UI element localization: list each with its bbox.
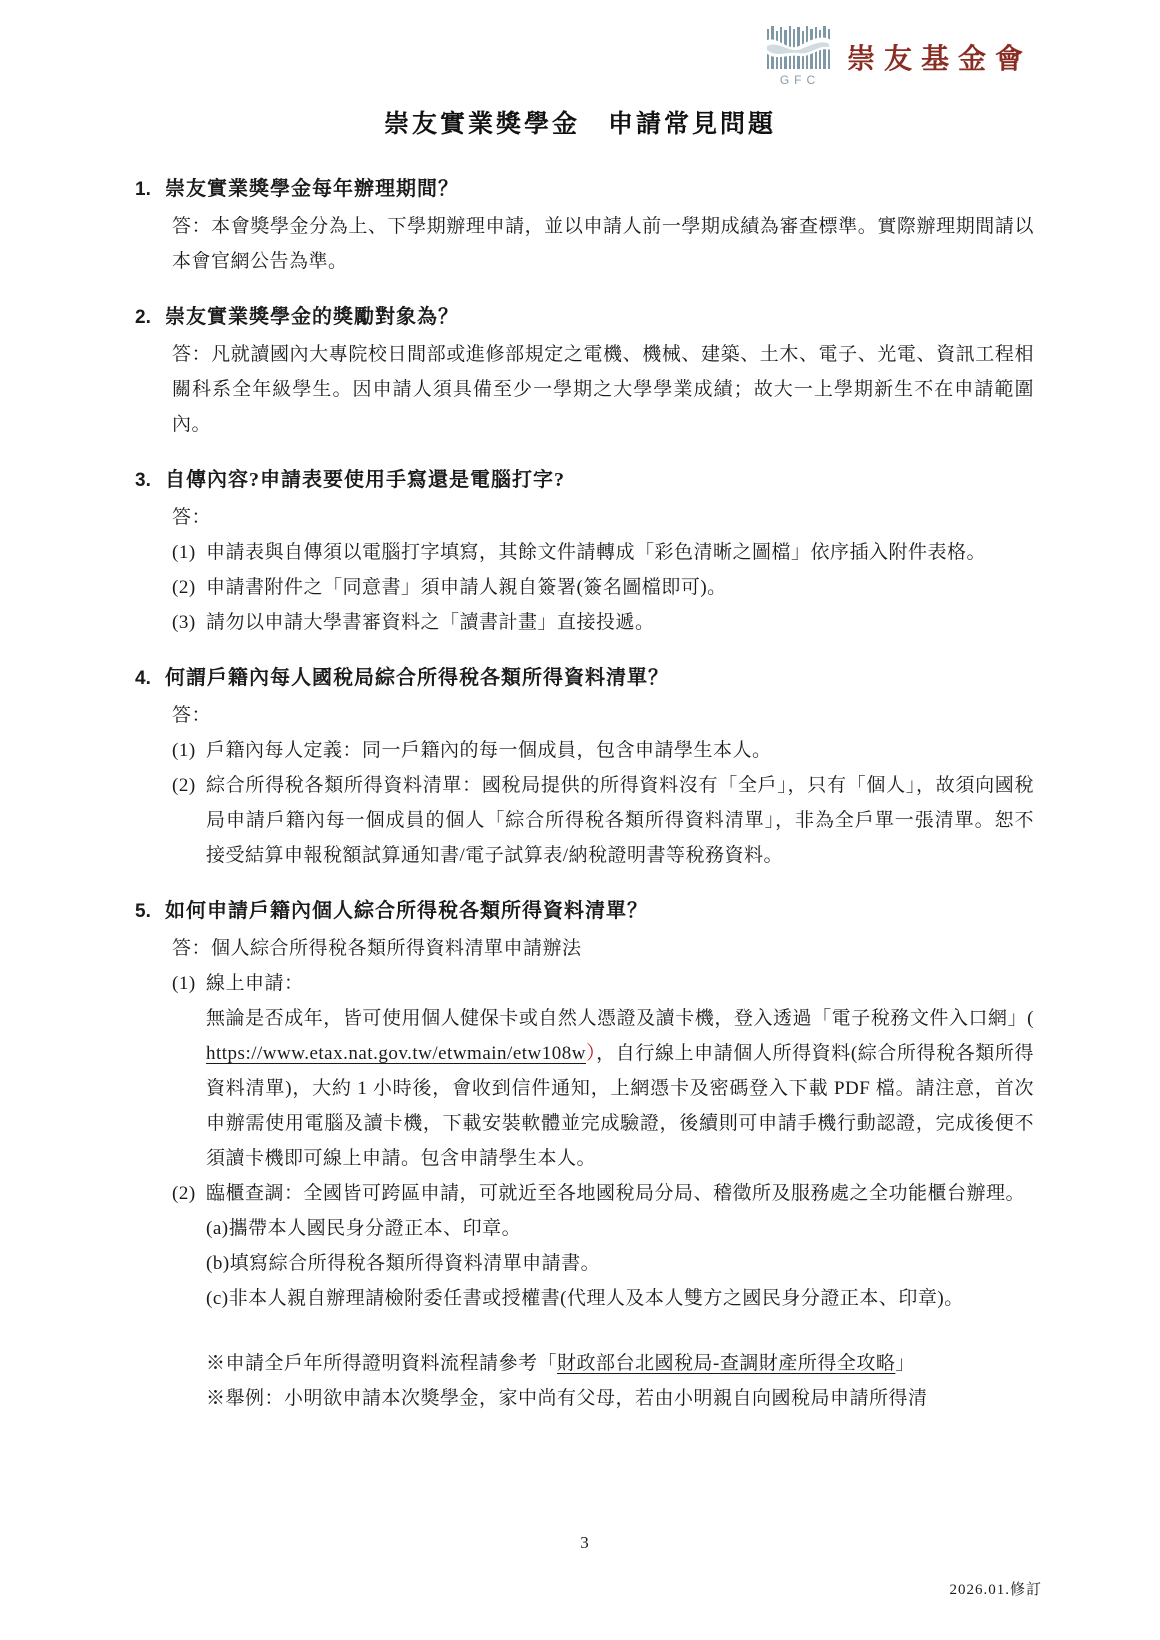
text-run: 線上申請： bbox=[206, 973, 304, 994]
question-text: 自傳內容?申請表要使用手寫還是電腦打字? bbox=[165, 465, 565, 495]
faq-section-1: 1.崇友實業獎學金每年辦理期間？答：本會獎學金分為上、下學期辦理申請，並以申請人… bbox=[135, 174, 1034, 279]
question-text: 何謂戶籍內每人國稅局綜合所得稅各類所得資料清單？ bbox=[165, 663, 669, 693]
text-run: 答：本會獎學金分為上、下學期辦理申請，並以申請人前一學期成績為審查標準。實際辦理… bbox=[172, 216, 1034, 272]
list-item: (1)戶籍內每人定義：同一戶籍內的每一個成員，包含申請學生本人。 bbox=[172, 733, 1034, 768]
list-item: (1)線上申請： bbox=[172, 966, 1034, 1001]
item-marker: (1) bbox=[172, 966, 206, 1001]
item-marker: (3) bbox=[172, 605, 206, 640]
list-item: (1)申請表與自傳須以電腦打字填寫，其餘文件請轉成「彩色清晰之圖檔」依序插入附件… bbox=[172, 535, 1034, 570]
text-run: 臨櫃查調：全國皆可跨區申請，可就近至各地國稅局分局、稽徵所及服務處之全功能櫃台辦… bbox=[206, 1183, 1025, 1204]
question-number: 3. bbox=[135, 470, 165, 492]
guide-reference-link[interactable]: 財政部台北國稅局-查調財產所得全攻略 bbox=[557, 1353, 895, 1374]
answer-paragraph: 答： bbox=[172, 500, 1034, 535]
text-run: 戶籍內每人定義：同一戶籍內的每一個成員，包含申請學生本人。 bbox=[206, 740, 772, 761]
text-run: 申請書附件之「同意書」須申請人親自簽署(簽名圖檔即可)。 bbox=[206, 577, 727, 598]
item-marker: (2) bbox=[172, 570, 206, 605]
question-text: 崇友實業獎學金每年辦理期間？ bbox=[165, 174, 459, 204]
gfc-barcode-icon bbox=[765, 26, 831, 72]
text-run: ※申請全戶年所得證明資料流程請參考「 bbox=[206, 1353, 557, 1374]
text-run: (a)攜帶本人國民身分證正本、印章。 bbox=[206, 1218, 521, 1239]
answer-paragraph: 答： bbox=[172, 698, 1034, 733]
item-text: 綜合所得稅各類所得資料清單：國稅局提供的所得資料沒有「全戶」，只有「個人」，故須… bbox=[206, 768, 1034, 873]
continuation-paragraph: (c)非本人親自辦理請檢附委任書或授權書(代理人及本人雙方之國民身分證正本、印章… bbox=[206, 1281, 1034, 1316]
answer-paragraph: 答：凡就讀國內大專院校日間部或進修部規定之電機、機械、建築、土木、電子、光電、資… bbox=[172, 337, 1034, 442]
spacer bbox=[172, 1316, 1034, 1346]
item-marker: (1) bbox=[172, 733, 206, 768]
text-run: 綜合所得稅各類所得資料清單：國稅局提供的所得資料沒有「全戶」，只有「個人」，故須… bbox=[206, 775, 1034, 866]
item-text: 臨櫃查調：全國皆可跨區申請，可就近至各地國稅局分局、稽徵所及服務處之全功能櫃台辦… bbox=[206, 1176, 1034, 1211]
answer-paragraph: 答：本會獎學金分為上、下學期辦理申請，並以申請人前一學期成績為審查標準。實際辦理… bbox=[172, 209, 1034, 279]
page-number: 3 bbox=[135, 1533, 1034, 1553]
text-run: (c)非本人親自辦理請檢附委任書或授權書(代理人及本人雙方之國民身分證正本、印章… bbox=[206, 1288, 964, 1309]
answer-body: 答：(1)申請表與自傳須以電腦打字填寫，其餘文件請轉成「彩色清晰之圖檔」依序插入… bbox=[172, 500, 1034, 640]
faq-section-4: 4.何謂戶籍內每人國稅局綜合所得稅各類所得資料清單？答：(1)戶籍內每人定義：同… bbox=[135, 663, 1034, 873]
question-row: 1.崇友實業獎學金每年辦理期間？ bbox=[135, 174, 1034, 204]
answer-body: 答：(1)戶籍內每人定義：同一戶籍內的每一個成員，包含申請學生本人。(2)綜合所… bbox=[172, 698, 1034, 873]
continuation-paragraph: ※申請全戶年所得證明資料流程請參考「財政部台北國稅局-查調財產所得全攻略」 bbox=[206, 1346, 1034, 1381]
faq-section-5: 5.如何申請戶籍內個人綜合所得稅各類所得資料清單？答：個人綜合所得稅各類所得資料… bbox=[135, 896, 1034, 1416]
question-number: 2. bbox=[135, 307, 165, 329]
text-run: 答：凡就讀國內大專院校日間部或進修部規定之電機、機械、建築、土木、電子、光電、資… bbox=[172, 344, 1034, 435]
faq-section-2: 2.崇友實業獎學金的獎勵對象為？答：凡就讀國內大專院校日間部或進修部規定之電機、… bbox=[135, 302, 1034, 442]
question-row: 4.何謂戶籍內每人國稅局綜合所得稅各類所得資料清單？ bbox=[135, 663, 1034, 693]
item-marker: (2) bbox=[172, 1176, 206, 1211]
list-item: (2)綜合所得稅各類所得資料清單：國稅局提供的所得資料沒有「全戶」，只有「個人」… bbox=[172, 768, 1034, 873]
text-run: 答： bbox=[172, 507, 211, 528]
foundation-logo: GFC 崇友基金會 bbox=[765, 26, 1032, 87]
gfc-logo-mark: GFC bbox=[765, 26, 831, 87]
continuation-paragraph: (a)攜帶本人國民身分證正本、印章。 bbox=[206, 1211, 1034, 1246]
text-run: ） bbox=[586, 1043, 596, 1064]
continuation-paragraph: (b)填寫綜合所得稅各類所得資料清單申請書。 bbox=[206, 1246, 1034, 1281]
faq-section-3: 3.自傳內容?申請表要使用手寫還是電腦打字?答：(1)申請表與自傳須以電腦打字填… bbox=[135, 465, 1034, 640]
question-number: 5. bbox=[135, 901, 165, 923]
answer-body: 答：凡就讀國內大專院校日間部或進修部規定之電機、機械、建築、土木、電子、光電、資… bbox=[172, 337, 1034, 442]
item-marker: (2) bbox=[172, 768, 206, 873]
text-run: 答：個人綜合所得稅各類所得資料清單申請辦法 bbox=[172, 938, 582, 959]
item-text: 申請表與自傳須以電腦打字填寫，其餘文件請轉成「彩色清晰之圖檔」依序插入附件表格。 bbox=[206, 535, 1034, 570]
list-item: (2)臨櫃查調：全國皆可跨區申請，可就近至各地國稅局分局、稽徵所及服務處之全功能… bbox=[172, 1176, 1034, 1211]
item-marker: (1) bbox=[172, 535, 206, 570]
question-text: 崇友實業獎學金的獎勵對象為？ bbox=[165, 302, 459, 332]
continuation-paragraph: ※舉例：小明欲申請本次獎學金，家中尚有父母，若由小明親自向國稅局申請所得清 bbox=[206, 1381, 1034, 1416]
question-number: 1. bbox=[135, 179, 165, 201]
list-item: (2)申請書附件之「同意書」須申請人親自簽署(簽名圖檔即可)。 bbox=[172, 570, 1034, 605]
item-text: 申請書附件之「同意書」須申請人親自簽署(簽名圖檔即可)。 bbox=[206, 570, 1034, 605]
etax-link[interactable]: https://www.etax.nat.gov.tw/etwmain/etw1… bbox=[206, 1043, 586, 1064]
faq-content: 1.崇友實業獎學金每年辦理期間？答：本會獎學金分為上、下學期辦理申請，並以申請人… bbox=[135, 174, 1034, 1416]
text-run: 申請表與自傳須以電腦打字填寫，其餘文件請轉成「彩色清晰之圖檔」依序插入附件表格。 bbox=[206, 542, 986, 563]
text-run: 無論是否成年，皆可使用個人健保卡或自然人憑證及讀卡機，登入透過「電子稅務文件入口… bbox=[206, 1008, 1034, 1029]
item-text: 請勿以申請大學書審資料之「讀書計畫」直接投遞。 bbox=[206, 605, 1034, 640]
document-page: GFC 崇友基金會 崇友實業獎學金 申請常見問題 1.崇友實業獎學金每年辦理期間… bbox=[0, 0, 1160, 1640]
answer-paragraph: 答：個人綜合所得稅各類所得資料清單申請辦法 bbox=[172, 931, 1034, 966]
text-run: ※舉例：小明欲申請本次獎學金，家中尚有父母，若由小明親自向國稅局申請所得清 bbox=[206, 1388, 928, 1409]
text-run: 答： bbox=[172, 705, 211, 726]
continuation-paragraph: 無論是否成年，皆可使用個人健保卡或自然人憑證及讀卡機，登入透過「電子稅務文件入口… bbox=[206, 1001, 1034, 1176]
question-row: 2.崇友實業獎學金的獎勵對象為？ bbox=[135, 302, 1034, 332]
list-item: (3)請勿以申請大學書審資料之「讀書計畫」直接投遞。 bbox=[172, 605, 1034, 640]
question-number: 4. bbox=[135, 668, 165, 690]
answer-body: 答：本會獎學金分為上、下學期辦理申請，並以申請人前一學期成績為審查標準。實際辦理… bbox=[172, 209, 1034, 279]
answer-body: 答：個人綜合所得稅各類所得資料清單申請辦法(1)線上申請：無論是否成年，皆可使用… bbox=[172, 931, 1034, 1416]
brand-name: 崇友基金會 bbox=[847, 37, 1032, 77]
text-run: 」 bbox=[895, 1353, 915, 1374]
revision-note: 2026.01.修訂 bbox=[949, 1578, 1042, 1599]
question-text: 如何申請戶籍內個人綜合所得稅各類所得資料清單？ bbox=[165, 896, 648, 926]
question-row: 5.如何申請戶籍內個人綜合所得稅各類所得資料清單？ bbox=[135, 896, 1034, 926]
gfc-logo-text: GFC bbox=[776, 73, 820, 87]
item-text: 戶籍內每人定義：同一戶籍內的每一個成員，包含申請學生本人。 bbox=[206, 733, 1034, 768]
item-text: 線上申請： bbox=[206, 966, 1034, 1001]
text-run: 請勿以申請大學書審資料之「讀書計畫」直接投遞。 bbox=[206, 612, 655, 633]
text-run: (b)填寫綜合所得稅各類所得資料清單申請書。 bbox=[206, 1253, 600, 1274]
question-row: 3.自傳內容?申請表要使用手寫還是電腦打字? bbox=[135, 465, 1034, 495]
